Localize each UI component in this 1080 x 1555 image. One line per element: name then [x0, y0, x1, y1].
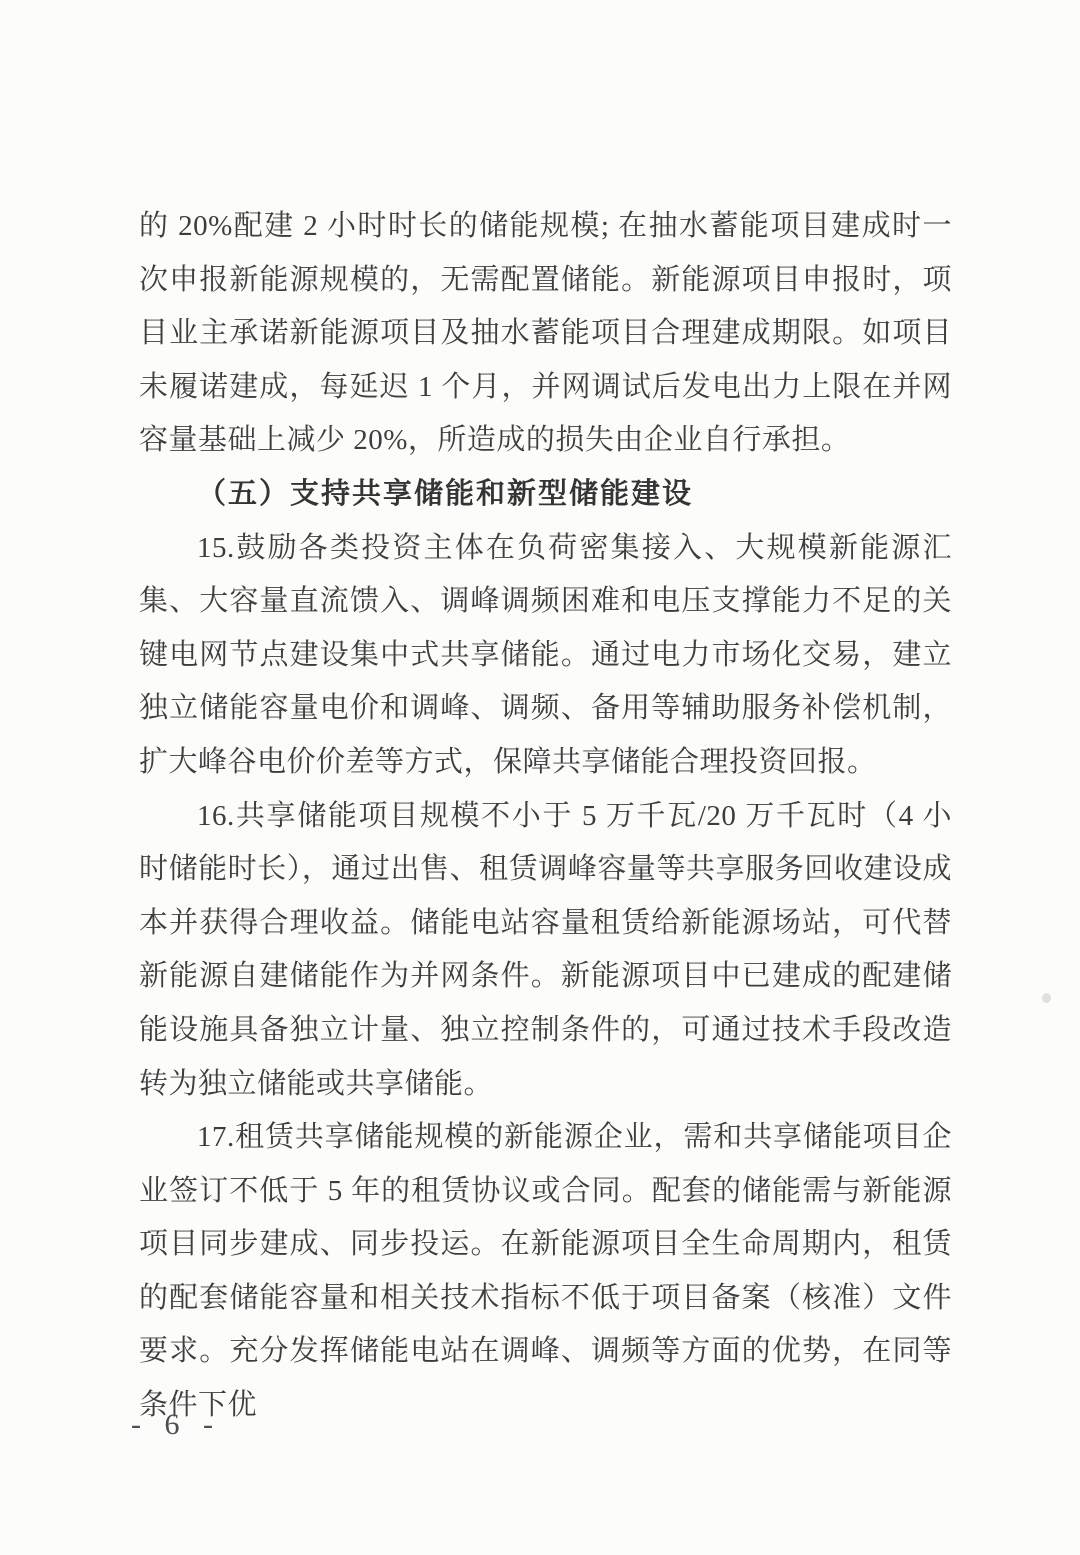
scan-speck-artifact [1042, 993, 1051, 1003]
paragraph-item-15: 15.鼓励各类投资主体在负荷密集接入、大规模新能源汇集、大容量直流馈入、调峰调频… [139, 522, 952, 790]
paragraph-item-16: 16.共享储能项目规模不小于 5 万千瓦/20 万千瓦时（4 小时储能时长），通… [139, 790, 952, 1112]
document-text-block: 的 20%配建 2 小时时长的储能规模; 在抽水蓄能项目建成时一次申报新能源规模… [139, 200, 952, 1433]
paragraph-continuation: 的 20%配建 2 小时时长的储能规模; 在抽水蓄能项目建成时一次申报新能源规模… [139, 200, 952, 468]
document-page: 的 20%配建 2 小时时长的储能规模; 在抽水蓄能项目建成时一次申报新能源规模… [0, 0, 1080, 1555]
paragraph-item-17: 17.租赁共享储能规模的新能源企业，需和共享储能项目企业签订不低于 5 年的租赁… [139, 1111, 952, 1433]
page-number: - 6 - [131, 1408, 221, 1442]
section-heading: （五）支持共享储能和新型储能建设 [139, 468, 952, 522]
